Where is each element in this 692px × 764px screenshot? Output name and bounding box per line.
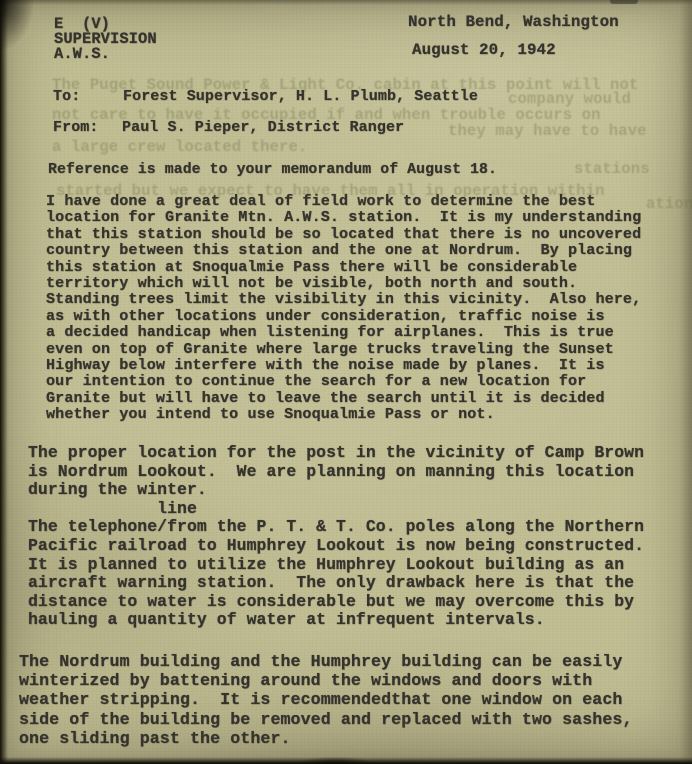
bleed-through-line: a large crew located there. (52, 138, 307, 156)
from-value: Paul S. Pieper, District Ranger (122, 119, 404, 136)
scan-edge-top (0, 0, 692, 5)
body-paragraph-2: The proper location for the post in the … (28, 444, 644, 630)
dateline-place: North Bend, Washington (408, 13, 619, 31)
document-scan: The Puget Sound Power & Light Co. cabin … (0, 0, 692, 764)
bleed-through-line: they may have to have (448, 122, 647, 140)
body-paragraph-3: The Nordrum building and the Humphrey bu… (19, 652, 633, 748)
dateline-date: August 20, 1942 (412, 41, 556, 59)
reference-line: Reference is made to your memorandum of … (48, 162, 497, 178)
to-value: Forest Supervisor, H. L. Plumb, Seattle (123, 88, 478, 105)
scan-corner-shadow (0, 0, 34, 50)
body-paragraph-1: I have done a great deal of field work t… (46, 193, 641, 423)
scan-artifact-top (610, 0, 638, 4)
scan-edge-left (0, 0, 8, 764)
scan-artifact-bottom (298, 757, 372, 764)
from-label: From: (53, 119, 99, 136)
bleed-through-line: stations (574, 160, 650, 178)
scan-edge-right (680, 0, 692, 764)
file-code-block: E (V) SUPERVISION A.W.S. (54, 17, 157, 61)
to-label: To: (53, 88, 80, 105)
